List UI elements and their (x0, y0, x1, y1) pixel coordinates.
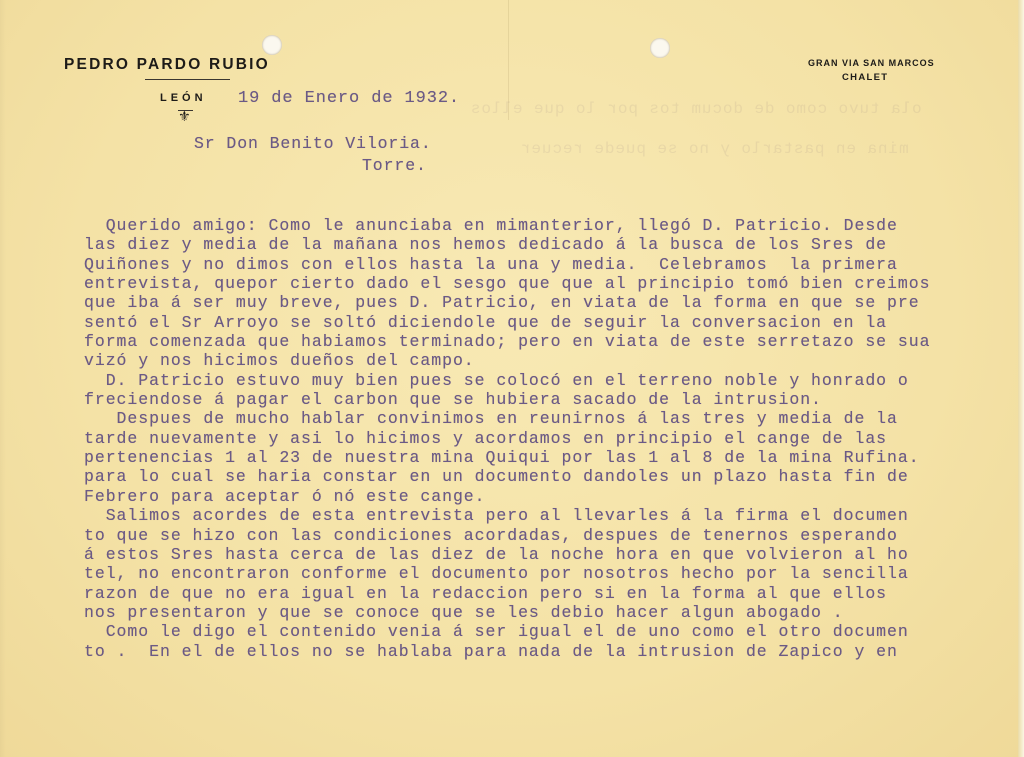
fleur-de-lis-icon: ⚜ (178, 109, 191, 125)
body-line: las diez y media de la mañana nos hemos … (84, 235, 930, 254)
letterhead-name: PEDRO PARDO RUBIO (64, 56, 270, 74)
show-through-text: mina en pastarlo y no se puede recuer (520, 140, 909, 158)
body-line: que iba á ser muy breve, pues D. Patrici… (84, 293, 930, 312)
body-line: vizó y nos hicimos dueños del campo. (84, 351, 930, 370)
body-line: entrevista, quepor cierto dado el sesgo … (84, 274, 930, 293)
paper-edge (1018, 0, 1024, 757)
show-through-text: ola tuvo como de docum tos por lo que el… (470, 100, 922, 118)
body-line: pertenencias 1 al 23 de nuestra mina Qui… (84, 448, 930, 467)
recipient-name: Sr Don Benito Viloria. (194, 134, 432, 153)
body-line: to que se hizo con las condiciones acord… (84, 526, 930, 545)
letter-body: Querido amigo: Como le anunciaba en mima… (84, 216, 930, 661)
letterhead-address: GRAN VIA SAN MARCOS (808, 58, 935, 68)
letterhead-address-chalet: CHALET (842, 72, 888, 83)
body-line: nos presentaron y que se conoce que se l… (84, 603, 930, 622)
body-line: razon de que no era igual en la redaccio… (84, 584, 930, 603)
body-line: Febrero para aceptar ó nó este cange. (84, 487, 930, 506)
letter-date: 19 de Enero de 1932. (238, 89, 460, 108)
body-line: tarde nuevamente y asi lo hicimos y acor… (84, 429, 930, 448)
body-line: Quiñones y no dimos con ellos hasta la u… (84, 255, 930, 274)
body-line: tel, no encontraron conforme el document… (84, 564, 930, 583)
letterhead-city: LEÓN (160, 92, 207, 104)
body-line: Salimos acordes de esta entrevista pero … (84, 506, 930, 525)
body-line: freciendose á pagar el carbon que se hub… (84, 390, 930, 409)
body-line: Querido amigo: Como le anunciaba en mima… (84, 216, 930, 235)
body-line: sentó el Sr Arroyo se soltó diciendole q… (84, 313, 930, 332)
recipient-town: Torre. (362, 156, 427, 175)
body-line: á estos Sres hasta cerca de las diez de … (84, 545, 930, 564)
body-line: Como le digo el contenido venia á ser ig… (84, 622, 930, 641)
body-line: Despues de mucho hablar convinimos en re… (84, 409, 930, 428)
body-line: to . En el de ellos no se hablaba para n… (84, 642, 930, 661)
body-line: forma comenzada que habiamos terminado; … (84, 332, 930, 351)
punch-hole-right (650, 38, 670, 58)
letterhead-rule (145, 79, 230, 80)
body-line: D. Patricio estuvo muy bien pues se colo… (84, 371, 930, 390)
body-line: para lo cual se haria constar en un docu… (84, 467, 930, 486)
punch-hole-left (262, 35, 282, 55)
